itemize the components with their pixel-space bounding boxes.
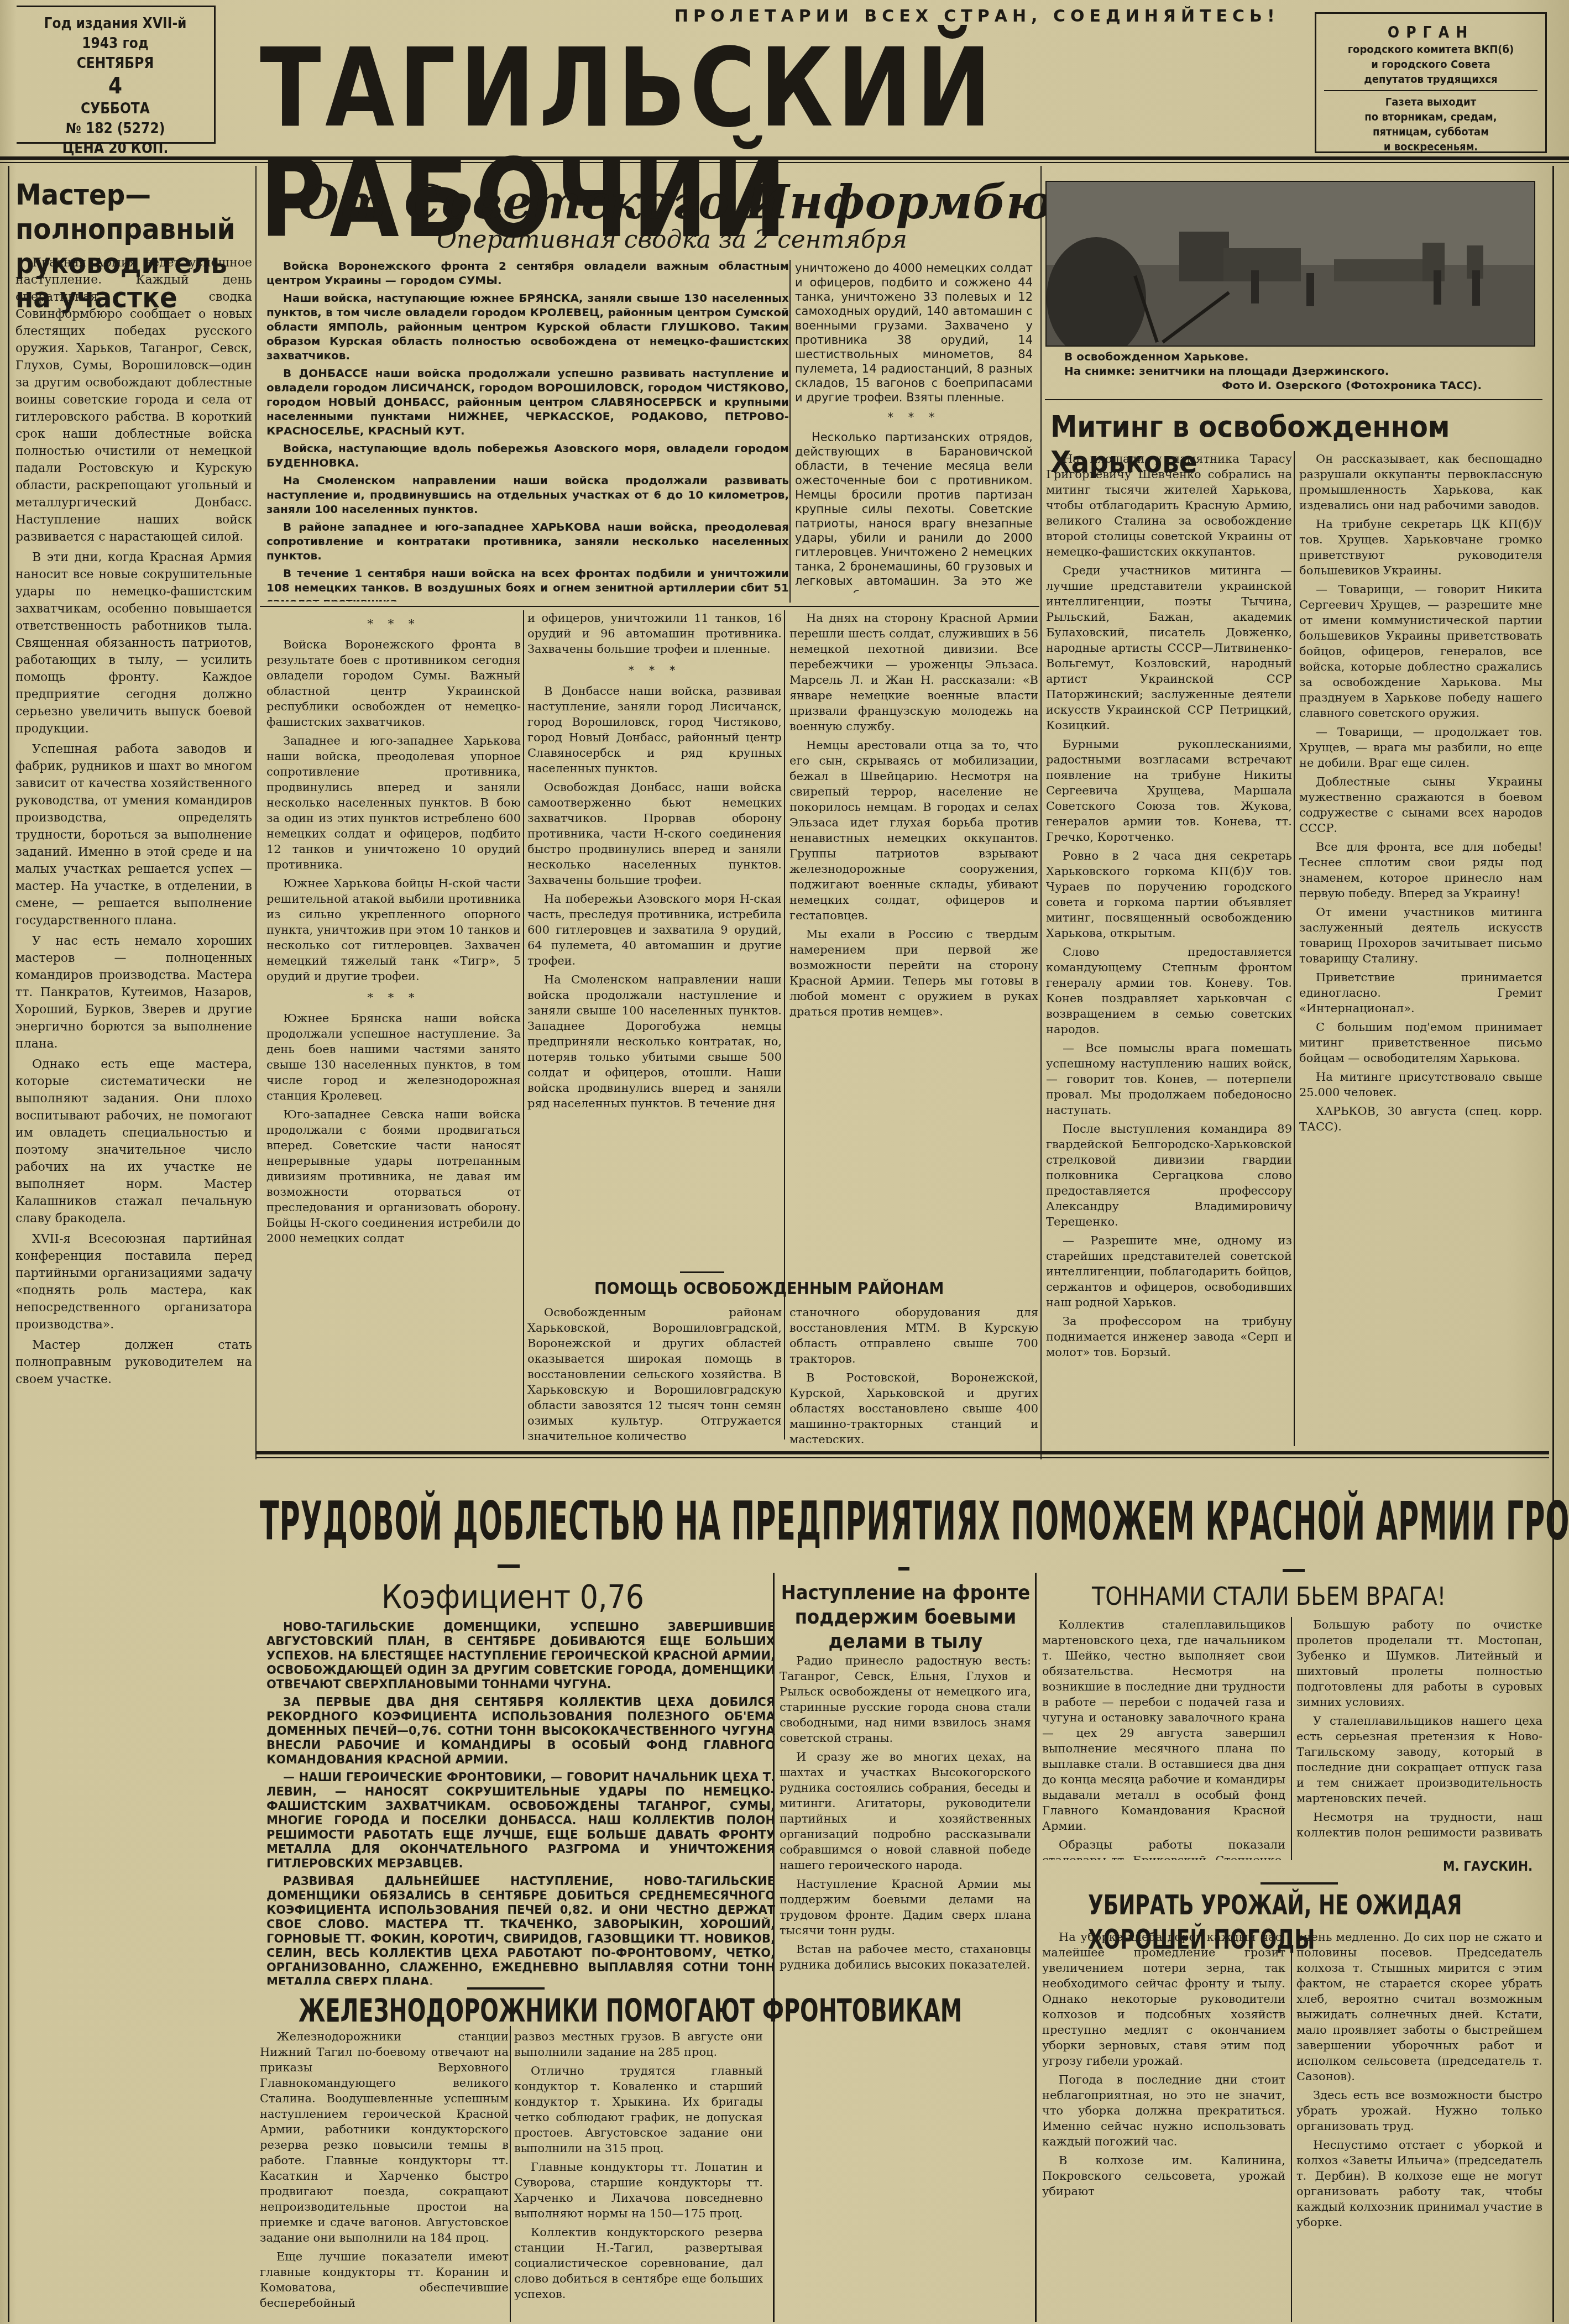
steel-paragraph: У сталеплавильщиков нашего цеха есть сер… bbox=[1296, 1713, 1542, 1806]
sovinform-paragraph: Немцы арестовали отца за то, что его сын… bbox=[789, 737, 1038, 923]
photo-image bbox=[1047, 182, 1534, 346]
photo-caption: В освобожденном Харькове. bbox=[1064, 349, 1248, 364]
steel-paragraph: Большую работу по очистке пролетов проде… bbox=[1296, 1617, 1542, 1710]
section-stars: * * * bbox=[266, 990, 521, 1005]
harvest-paragraph: Неспустимо отстает с уборкой и колхоз «З… bbox=[1296, 2137, 1542, 2230]
steel-column-1: Коллектив сталеплавильщиков мартеновског… bbox=[1042, 1617, 1285, 1860]
offensive-paragraph: Радио принесло радостную весть: Таганрог… bbox=[780, 1653, 1031, 1746]
sovinform-column-b: и офицеров, уничтожили 11 танков, 16 ору… bbox=[527, 610, 782, 1238]
editorial-paragraph: XVII-я Всесоюзная партийная конференция … bbox=[15, 1231, 252, 1333]
column-rule bbox=[784, 610, 785, 1440]
organ-title: ОРГАН bbox=[1316, 25, 1545, 40]
rally-paragraph: ХАРЬКОВ, 30 августа (спец. корр. ТАСС). bbox=[1299, 1103, 1542, 1134]
column-rule bbox=[523, 610, 524, 1440]
sovinform-lead: Войска Воронежского фронта 2 сентября ов… bbox=[266, 259, 789, 601]
harvest-paragraph: Здесь есть все возможности быстро убрать… bbox=[1296, 2087, 1542, 2134]
railway-paragraph: Еще лучшие показатели имеют главные конд… bbox=[260, 2249, 509, 2311]
rally-paragraph: На трибуне секретарь ЦК КП(б)У тов. Хрущ… bbox=[1299, 516, 1542, 578]
sovinform-paragraph: уничтожено до 4000 немецких солдат и офи… bbox=[795, 261, 1033, 405]
steel-paragraph: Несмотря на трудности, наш коллектив пол… bbox=[1296, 1809, 1542, 1838]
masthead-rule-thin bbox=[0, 162, 1569, 163]
offensive-box-body: Радио принесло радостную весть: Таганрог… bbox=[780, 1653, 1031, 2316]
rally-paragraph: — Разрешите мне, одному из старейших пре… bbox=[1046, 1233, 1292, 1310]
rally-paragraph: После выступления командира 89 гвардейск… bbox=[1046, 1121, 1292, 1229]
banner-rule bbox=[255, 1451, 1549, 1454]
heading-dash bbox=[1261, 1882, 1338, 1885]
steel-column-2: Большую работу по очистке пролетов проде… bbox=[1296, 1617, 1542, 1838]
harvest-paragraph: В колхозе им. Калинина, Покровского сель… bbox=[1042, 2153, 1285, 2199]
steel-title: ТОННАМИ СТАЛИ БЬЕМ ВРАГА! bbox=[1092, 1582, 1446, 1612]
box-rule bbox=[773, 1573, 775, 2322]
sovinform-paragraph: Мы ехали в Россию с твердым намерением п… bbox=[789, 927, 1038, 1019]
schedule-line: и воскресеньям. bbox=[1316, 139, 1545, 154]
issue-month: СЕНТЯБРЯ bbox=[17, 54, 214, 74]
coefficient-body: НОВО-ТАГИЛЬСКИЕ ДОМЕНЩИКИ, УСПЕШНО ЗАВЕР… bbox=[266, 1620, 775, 1985]
editorial-paragraph: Однако есть еще мастера, которые система… bbox=[15, 1056, 252, 1227]
column-rule bbox=[510, 2026, 511, 2322]
issue-day: 4 bbox=[17, 74, 214, 99]
photo-credit: Фото И. Озерского (Фотохроника ТАСС). bbox=[1222, 378, 1482, 392]
section-stars: * * * bbox=[795, 410, 1033, 425]
sovinform-paragraph: На Смоленском направлении наши войска пр… bbox=[527, 972, 782, 1111]
rally-paragraph: — Все помыслы врага помешать успешному н… bbox=[1046, 1040, 1292, 1118]
sovinform-paragraph: На днях на сторону Красной Армии перешли… bbox=[789, 610, 1038, 734]
photo-caption: На снимке: зенитчики на площади Дзержинс… bbox=[1064, 364, 1389, 378]
sovinform-paragraph: Освобождая Донбасс, наши войска самоотве… bbox=[527, 779, 782, 888]
railway-paragraph: Главные кондукторы тт. Лопатин и Суворов… bbox=[514, 2159, 763, 2221]
issue-year-label: Год издания XVII-й bbox=[17, 14, 214, 34]
rally-paragraph: Бурными рукоплесканиями, радостными возг… bbox=[1046, 736, 1292, 845]
left-margin-rule bbox=[8, 166, 9, 2322]
sovinform-paragraph: Западнее и юго-западнее Харькова наши во… bbox=[266, 733, 521, 872]
railway-paragraph: развоз местных грузов. В августе они вып… bbox=[514, 2029, 763, 2060]
column-rule bbox=[1040, 166, 1042, 1459]
kharkov-rally-column-1: На площади у памятника Тарасу Григорьеви… bbox=[1046, 451, 1292, 1402]
rally-paragraph: От имени участников митинга заслуженный … bbox=[1299, 904, 1542, 966]
editorial-paragraph: Успешная работа заводов и фабрик, рудник… bbox=[15, 741, 252, 929]
rally-paragraph: За профессором на трибуну поднимается ин… bbox=[1046, 1313, 1292, 1360]
sovinform-paragraph: В ДОНБАССЕ наши войска продолжали успешн… bbox=[266, 366, 789, 438]
issue-calendar-year: 1943 год bbox=[17, 34, 214, 54]
railway-paragraph: Коллектив кондукторского резерва станции… bbox=[514, 2224, 763, 2302]
sovinform-title: От Советского Информбюро bbox=[299, 176, 1116, 229]
masthead-slogan: ПРОЛЕТАРИИ ВСЕХ СТРАН, СОЕДИНЯЙТЕСЬ! bbox=[674, 7, 1280, 26]
coefficient-paragraph: ЗА ПЕРВЫЕ ДВА ДНЯ СЕНТЯБРЯ КОЛЛЕКТИВ ЦЕХ… bbox=[266, 1695, 775, 1767]
coefficient-title: Коэфициент 0,76 bbox=[381, 1578, 644, 1616]
page-banner: ТРУДОВОЙ ДОБЛЕСТЬЮ НА ПРЕДПРИЯТИЯХ ПОМОЖ… bbox=[260, 1473, 1471, 1571]
right-margin-rule bbox=[1552, 166, 1554, 2322]
sovinform-paragraph: Наши войска, наступающие южнее БРЯНСКА, … bbox=[266, 291, 789, 363]
harvest-paragraph: очень медленно. До сих пор не сжато и по… bbox=[1296, 1929, 1542, 2084]
heading-dash bbox=[467, 1987, 545, 1990]
rally-paragraph: Среди участников митинга — лучшие предст… bbox=[1046, 563, 1292, 733]
harvest-column-1: На уборке хлеба дорог каждый час, малейш… bbox=[1042, 1929, 1285, 2322]
rally-paragraph: — Товарищи, — говорит Никита Сергеевич Х… bbox=[1299, 582, 1542, 721]
harvest-paragraph: Погода в последние дни стоит неблагоприя… bbox=[1042, 2072, 1285, 2149]
sovinform-paragraph: На побережьи Азовского моря Н-ская часть… bbox=[527, 891, 782, 969]
sovinform-paragraph: В районе западнее и юго-западнее ХАРЬКОВ… bbox=[266, 520, 789, 563]
schedule-line: Газета выходит bbox=[1316, 95, 1545, 109]
rally-paragraph: Слово предоставляется командующему Степн… bbox=[1046, 944, 1292, 1037]
help-regions-column-2: станочного оборудования для восстановлен… bbox=[789, 1305, 1038, 1443]
sovinform-paragraph: Юго-западнее Севска наши войска продолжа… bbox=[266, 1107, 521, 1246]
rally-paragraph: Ровно в 2 часа дня секретарь Харьковског… bbox=[1046, 848, 1292, 941]
sovinform-right-column: уничтожено до 4000 немецких солдат и офи… bbox=[795, 261, 1033, 593]
sovinform-paragraph: и офицеров, уничтожили 11 танков, 16 ору… bbox=[527, 610, 782, 657]
harvest-column-2: очень медленно. До сих пор не сжато и по… bbox=[1296, 1929, 1542, 2322]
sovinform-column-a: * * * Войска Воронежского фронта в резул… bbox=[266, 610, 521, 1307]
kharkov-rally-column-2: Он рассказывает, как беспощадно разрушал… bbox=[1299, 451, 1542, 1441]
sovinform-divider bbox=[260, 606, 1039, 607]
rally-paragraph: Он рассказывает, как беспощадно разрушал… bbox=[1299, 451, 1542, 513]
schedule-line: по вторникам, средам, bbox=[1316, 109, 1545, 124]
rally-paragraph: На площади у памятника Тарасу Григорьеви… bbox=[1046, 451, 1292, 559]
harvest-paragraph: На уборке хлеба дорог каждый час, малейш… bbox=[1042, 1929, 1285, 2069]
section-stars: * * * bbox=[266, 616, 521, 631]
editorial-paragraph: В эти дни, когда Красная Армия наносит в… bbox=[15, 549, 252, 737]
rally-paragraph: С большим под'емом принимает митинг прив… bbox=[1299, 1019, 1542, 1066]
help-regions-paragraph: Освобожденным районам Харьковской, Ворош… bbox=[527, 1305, 782, 1443]
steel-paragraph: Коллектив сталеплавильщиков мартеновског… bbox=[1042, 1617, 1285, 1834]
help-regions-title: ПОМОЩЬ ОСВОБОЖДЕННЫМ РАЙОНАМ bbox=[594, 1278, 944, 1300]
sovinform-paragraph: Войска, наступающие вдоль побережья Азов… bbox=[266, 441, 789, 470]
column-rule bbox=[1291, 1929, 1292, 2322]
sovinform-subtitle: Оперативная сводка за 2 сентября bbox=[437, 226, 907, 254]
sovinform-paragraph: В Донбассе наши войска, развивая наступл… bbox=[527, 683, 782, 776]
coefficient-paragraph: — НАШИ ГЕРОИЧЕСКИЕ ФРОНТОВИКИ, — ГОВОРИТ… bbox=[266, 1770, 775, 1871]
rally-paragraph: На митинге присутствовало свыше 25.000 ч… bbox=[1299, 1069, 1542, 1100]
organ-divider bbox=[1324, 90, 1537, 91]
offensive-paragraph: Встав на рабочее место, стахановцы рудни… bbox=[780, 1941, 1031, 1972]
newspaper-page: Год издания XVII-й 1943 год СЕНТЯБРЯ 4 С… bbox=[0, 0, 1569, 2324]
schedule-line: пятницам, субботам bbox=[1316, 124, 1545, 139]
sovinform-rule bbox=[789, 260, 791, 603]
offensive-paragraph: Наступление Красной Армии мы поддержим б… bbox=[780, 1876, 1031, 1938]
help-regions-paragraph: станочного оборудования для восстановлен… bbox=[789, 1305, 1038, 1367]
issue-weekday: СУББОТА bbox=[17, 99, 214, 119]
issue-price: ЦЕНА 20 КОП. bbox=[17, 139, 214, 159]
box-rule bbox=[1035, 1573, 1037, 2322]
issue-info-box: Год издания XVII-й 1943 год СЕНТЯБРЯ 4 С… bbox=[17, 6, 216, 144]
column-rule bbox=[1294, 451, 1295, 1446]
editorial-body: Красная Армия ведет успешное наступление… bbox=[15, 254, 252, 2316]
steel-author: М. ГАУСКИН. bbox=[1443, 1859, 1533, 1874]
organ-line: городского комитета ВКП(б) bbox=[1316, 42, 1545, 57]
railway-paragraph: Отлично трудятся главный кондуктор т. Ко… bbox=[514, 2063, 763, 2156]
sovinform-paragraph: На Смоленском направлении наши войска пр… bbox=[266, 473, 789, 516]
railway-column-2: развоз местных грузов. В августе они вып… bbox=[514, 2029, 763, 2322]
heading-dash bbox=[1283, 1569, 1305, 1572]
rally-paragraph: — Товарищи, — продолжает тов. Хрущев, — … bbox=[1299, 724, 1542, 771]
banner-rule-thin bbox=[255, 1457, 1549, 1458]
organ-line: депутатов трудящихся bbox=[1316, 72, 1545, 87]
coefficient-paragraph: НОВО-ТАГИЛЬСКИЕ ДОМЕНЩИКИ, УСПЕШНО ЗАВЕР… bbox=[266, 1620, 775, 1692]
editorial-paragraph: У нас есть немало хороших мастеров — пол… bbox=[15, 933, 252, 1053]
offensive-box-title: Наступление на фронте поддержим боевыми … bbox=[778, 1581, 1033, 1654]
offensive-paragraph: И сразу же во многих цехах, на шахтах и … bbox=[780, 1749, 1031, 1873]
editorial-paragraph: Красная Армия ведет успешное наступление… bbox=[15, 254, 252, 546]
coefficient-paragraph: РАЗВИВАЯ ДАЛЬНЕЙШЕЕ НАСТУПЛЕНИЕ, НОВО-ТА… bbox=[266, 1874, 775, 1985]
sovinform-column-c: На днях на сторону Красной Армии перешли… bbox=[789, 610, 1038, 1238]
organ-box: ОРГАН городского комитета ВКП(б) и город… bbox=[1315, 12, 1547, 153]
heading-dash bbox=[898, 1567, 909, 1571]
steel-paragraph: Образцы работы показали сталевары тт. Бр… bbox=[1042, 1837, 1285, 1860]
rally-paragraph: Доблестные сыны Украины мужественно сраж… bbox=[1299, 774, 1542, 836]
help-regions-column-1: Освобожденным районам Харьковской, Ворош… bbox=[527, 1305, 782, 1443]
sovinform-paragraph: Войска Воронежского фронта в результате … bbox=[266, 637, 521, 730]
help-regions-paragraph: В Ростовской, Воронежской, Курской, Харь… bbox=[789, 1370, 1038, 1443]
heading-dash bbox=[498, 1564, 520, 1568]
railway-paragraph: Железнодорожники станции Нижний Тагил по… bbox=[260, 2029, 509, 2246]
editorial-paragraph: Мастер должен стать полноправным руковод… bbox=[15, 1337, 252, 1388]
rally-paragraph: Все для фронта, все для победы! Теснее с… bbox=[1299, 839, 1542, 901]
photo-kharkov-square bbox=[1045, 181, 1535, 347]
section-stars: * * * bbox=[527, 662, 782, 678]
rally-paragraph: Приветствие принимается единогласно. Гре… bbox=[1299, 970, 1542, 1016]
railway-column-1: Железнодорожники станции Нижний Тагил по… bbox=[260, 2029, 509, 2322]
sovinform-paragraph: В течение 1 сентября наши войска на всех… bbox=[266, 566, 789, 601]
sovinform-paragraph: Южнее Брянска наши войска продолжали усп… bbox=[266, 1011, 521, 1103]
photo-divider bbox=[1045, 399, 1542, 400]
column-rule bbox=[1291, 1617, 1292, 1860]
sovinform-paragraph: Несколько партизанских отрядов, действую… bbox=[795, 430, 1033, 593]
organ-line: и городского Совета bbox=[1316, 57, 1545, 72]
editorial-column-rule bbox=[255, 166, 257, 1459]
masthead-rule bbox=[0, 156, 1569, 160]
sovinform-paragraph: Южнее Харькова бойцы Н-ской части решите… bbox=[266, 876, 521, 984]
issue-number: № 182 (5272) bbox=[17, 119, 214, 139]
sovinform-paragraph: Войска Воронежского фронта 2 сентября ов… bbox=[266, 259, 789, 287]
heading-dash bbox=[680, 1271, 724, 1273]
